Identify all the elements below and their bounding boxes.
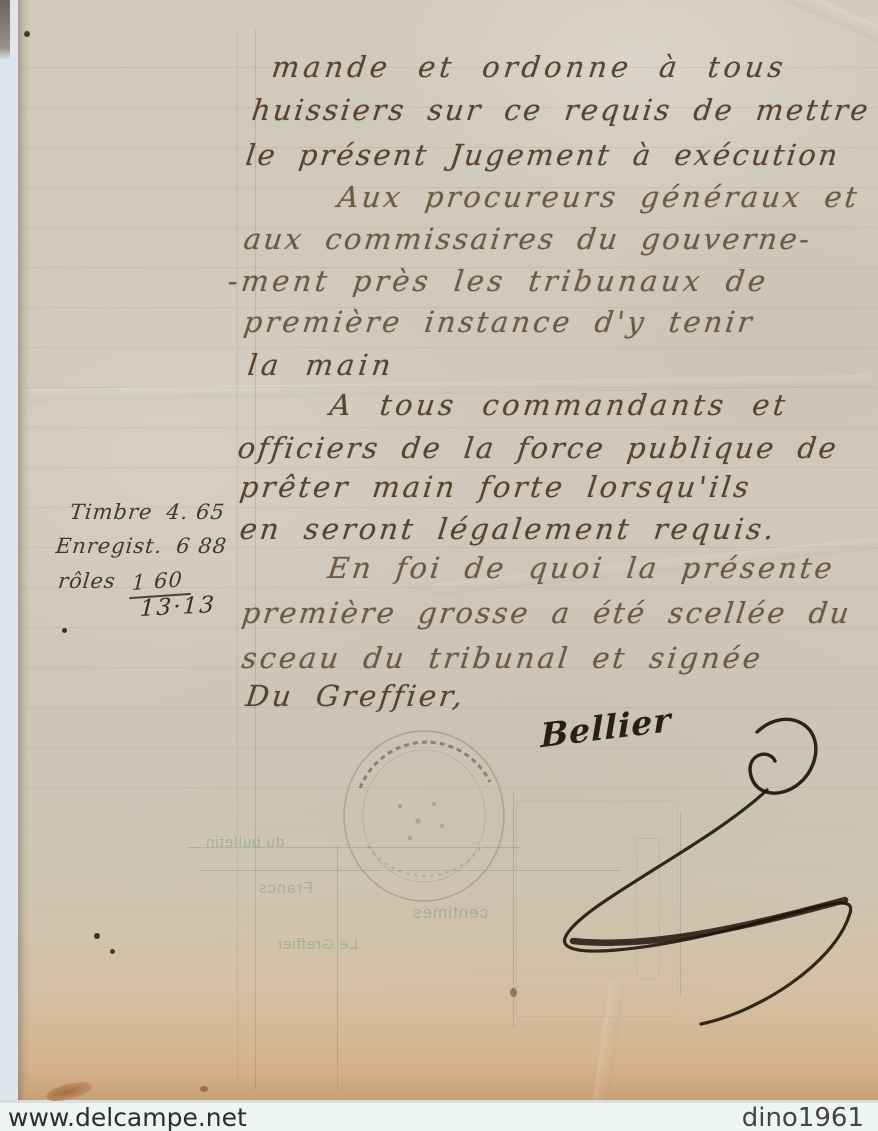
manuscript-line: première grosse a été scellée du [240, 596, 853, 630]
manuscript-line: -ment près les tribunaux de [226, 264, 771, 298]
manuscript-line: Aux procureurs généraux et [336, 180, 862, 214]
fee-row-enregist: Enregist.6 88 [55, 534, 229, 558]
margin-rule-outer [255, 30, 256, 1090]
seal-graphic [338, 726, 510, 908]
tribunal-seal-stamp [338, 726, 510, 908]
bleed-word: du bulletin [205, 834, 284, 851]
fee-row-timbre: Timbre4. 65 [69, 500, 227, 524]
fee-row-roles: rôles1 60 [57, 569, 192, 597]
manuscript-line: en seront légalement requis. [238, 512, 779, 546]
manuscript-line: huissiers sur ce requis de mettre [250, 93, 872, 127]
manuscript-line: la main [246, 348, 397, 382]
manuscript-line: mande et ordonne à tous [270, 50, 789, 84]
flourish-graphic [515, 698, 875, 1033]
manuscript-line: le présent Jugement à exécution [244, 138, 842, 172]
watermark-delcampe: www.delcampe.net [8, 1103, 247, 1131]
fee-label: rôles [57, 569, 117, 593]
manuscript-line: aux commissaires du gouverne- [242, 222, 814, 256]
fee-amount: 4. 65 [165, 500, 226, 524]
margin-rule-inner [237, 30, 238, 1085]
fee-total: 13·13 [139, 592, 217, 622]
bleed-word: Francs [258, 880, 313, 898]
ink-speck [110, 949, 115, 954]
signature-flourish [515, 698, 875, 1037]
manuscript-line: A tous commandants et [328, 388, 791, 422]
ink-speck [24, 31, 30, 37]
foxing-spot [510, 988, 517, 997]
manuscript-line: officiers de la force publique de [236, 431, 841, 465]
bleed-word: Le Greffier [276, 936, 358, 953]
manuscript-line: sceau du tribunal et signée [240, 641, 765, 675]
manuscript-line: prêter main forte lorsqu'ils [238, 470, 754, 504]
fee-label: Timbre [69, 500, 154, 524]
ink-speck [94, 933, 100, 939]
scanned-document-photo: du bulletin Francs centimes Le Greffier … [0, 0, 878, 1131]
fee-label: Enregist. [55, 534, 164, 558]
manuscript-line: première instance d'y tenir [242, 305, 757, 339]
watermark-seller: dino1961 [742, 1103, 864, 1131]
fee-amount: 6 88 [175, 534, 228, 558]
spine-shadow [0, 0, 10, 60]
manuscript-line: Du Greffier, [244, 679, 467, 713]
foxing-spot [200, 1086, 208, 1092]
ink-speck [62, 628, 67, 633]
manuscript-line: En foi de quoi la présente [326, 551, 837, 585]
